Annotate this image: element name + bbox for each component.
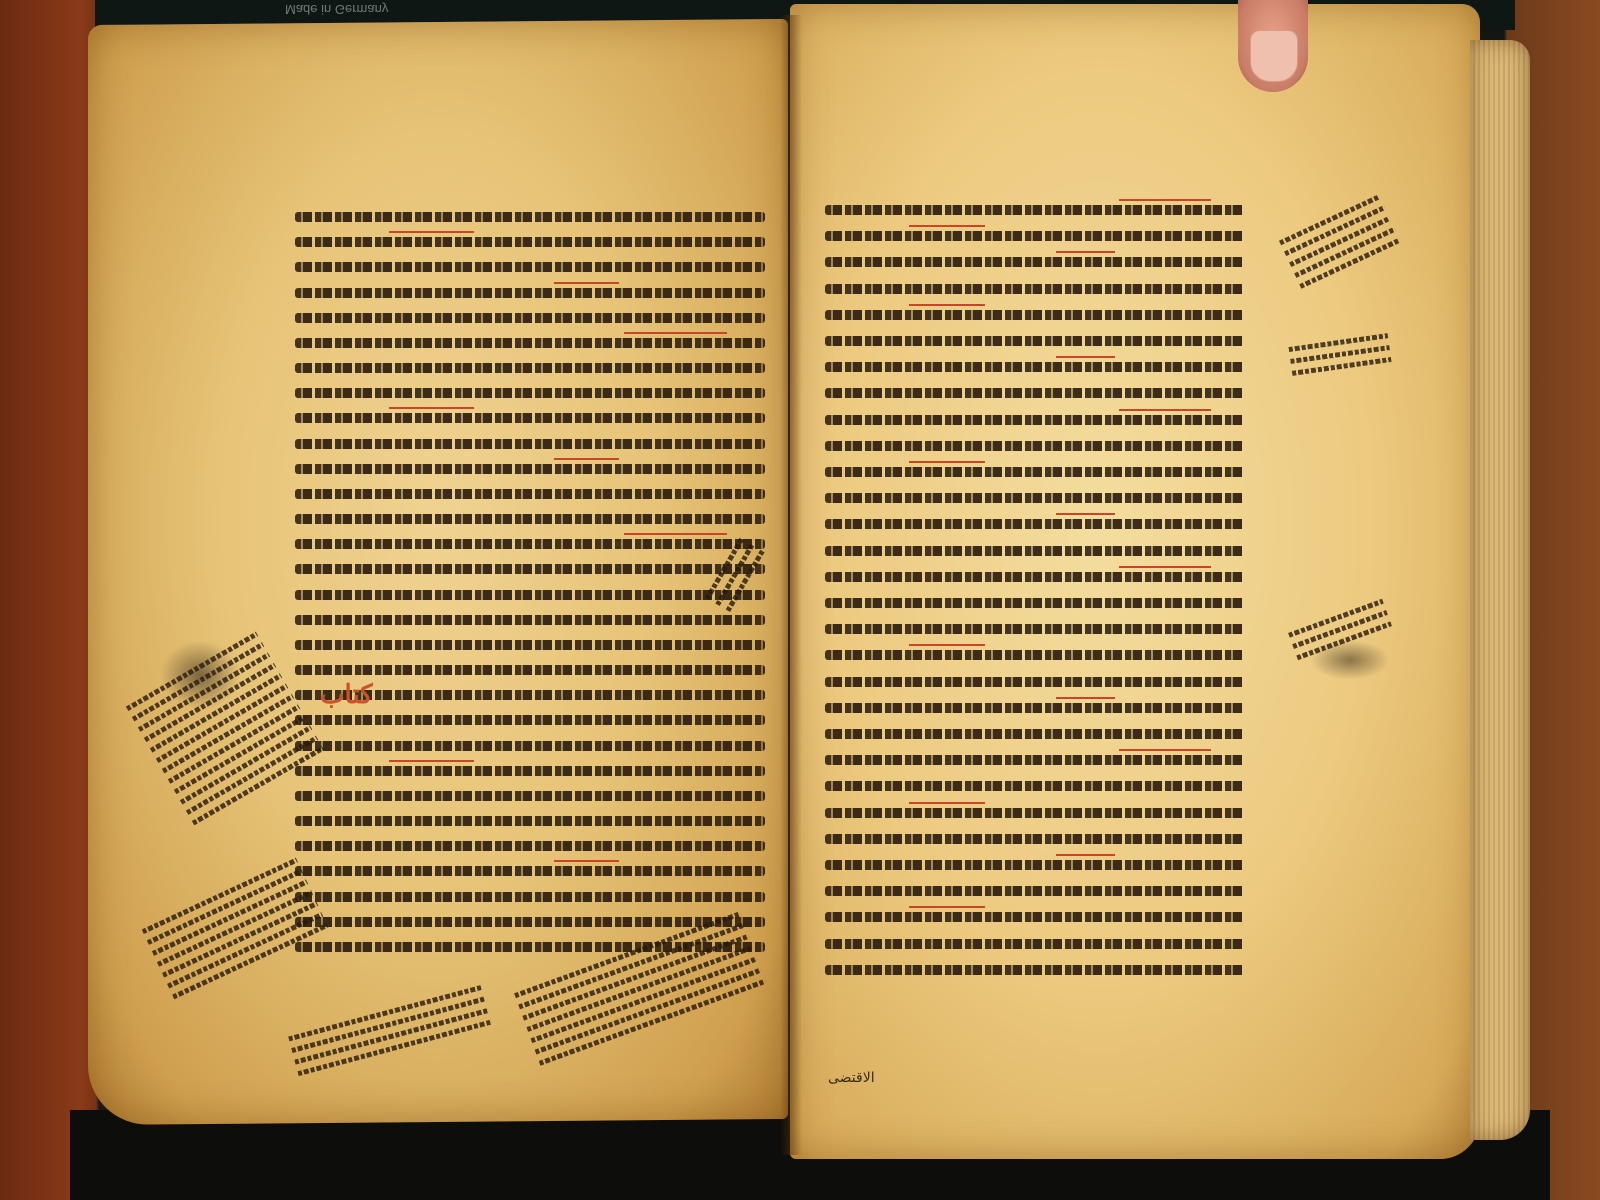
text-line [825, 808, 1245, 818]
text-line [825, 677, 1245, 687]
text-line [295, 665, 765, 675]
text-line [295, 590, 765, 600]
text-line [295, 514, 765, 524]
text-line [825, 886, 1245, 896]
text-line [295, 338, 765, 348]
text-line [295, 388, 765, 398]
text-line [295, 841, 765, 851]
text-line [825, 860, 1245, 870]
text-line [295, 892, 765, 902]
text-line [825, 781, 1245, 791]
text-line [825, 467, 1245, 477]
text-line [295, 866, 765, 876]
catchword: الاقتضى [828, 1070, 875, 1086]
stand-label: Made in Germany [285, 2, 388, 17]
text-line [825, 650, 1245, 660]
text-line [825, 388, 1245, 398]
thumbnail [1250, 30, 1298, 82]
text-line [825, 336, 1245, 346]
text-line [825, 965, 1245, 975]
text-line [295, 917, 765, 927]
text-line [295, 816, 765, 826]
text-line [295, 791, 765, 801]
text-line [295, 237, 765, 247]
page-edges [1470, 40, 1530, 1140]
left-page-text-block [295, 212, 765, 952]
text-line [295, 439, 765, 449]
text-line [295, 464, 765, 474]
text-line [295, 640, 765, 650]
text-line [825, 703, 1245, 713]
text-line [825, 519, 1245, 529]
text-line [825, 624, 1245, 634]
text-line [825, 310, 1245, 320]
text-line [825, 939, 1245, 949]
text-line [295, 615, 765, 625]
text-line [295, 766, 765, 776]
text-line [825, 493, 1245, 503]
ink-smudge [160, 640, 240, 710]
text-line [295, 363, 765, 373]
right-page-text-block [825, 205, 1245, 975]
text-line [295, 262, 765, 272]
text-line [825, 729, 1245, 739]
text-line [825, 231, 1245, 241]
text-line [825, 205, 1245, 215]
text-line [295, 715, 765, 725]
hand-thumb [1238, 0, 1308, 92]
text-line [825, 755, 1245, 765]
text-line [295, 564, 765, 574]
text-line [295, 413, 765, 423]
ink-smudge [1310, 640, 1390, 680]
text-line [295, 212, 765, 222]
text-line [825, 441, 1245, 451]
book-gutter [780, 15, 802, 1155]
text-line [825, 834, 1245, 844]
text-line [295, 741, 765, 751]
text-line [825, 257, 1245, 267]
text-line [295, 539, 765, 549]
text-line [825, 284, 1245, 294]
text-line [295, 489, 765, 499]
text-line [825, 598, 1245, 608]
text-line [825, 912, 1245, 922]
text-line [825, 415, 1245, 425]
text-line [295, 288, 765, 298]
chapter-rubric: كتاب [320, 680, 373, 710]
text-line [295, 313, 765, 323]
text-line [825, 546, 1245, 556]
text-line [825, 572, 1245, 582]
text-line [825, 362, 1245, 372]
